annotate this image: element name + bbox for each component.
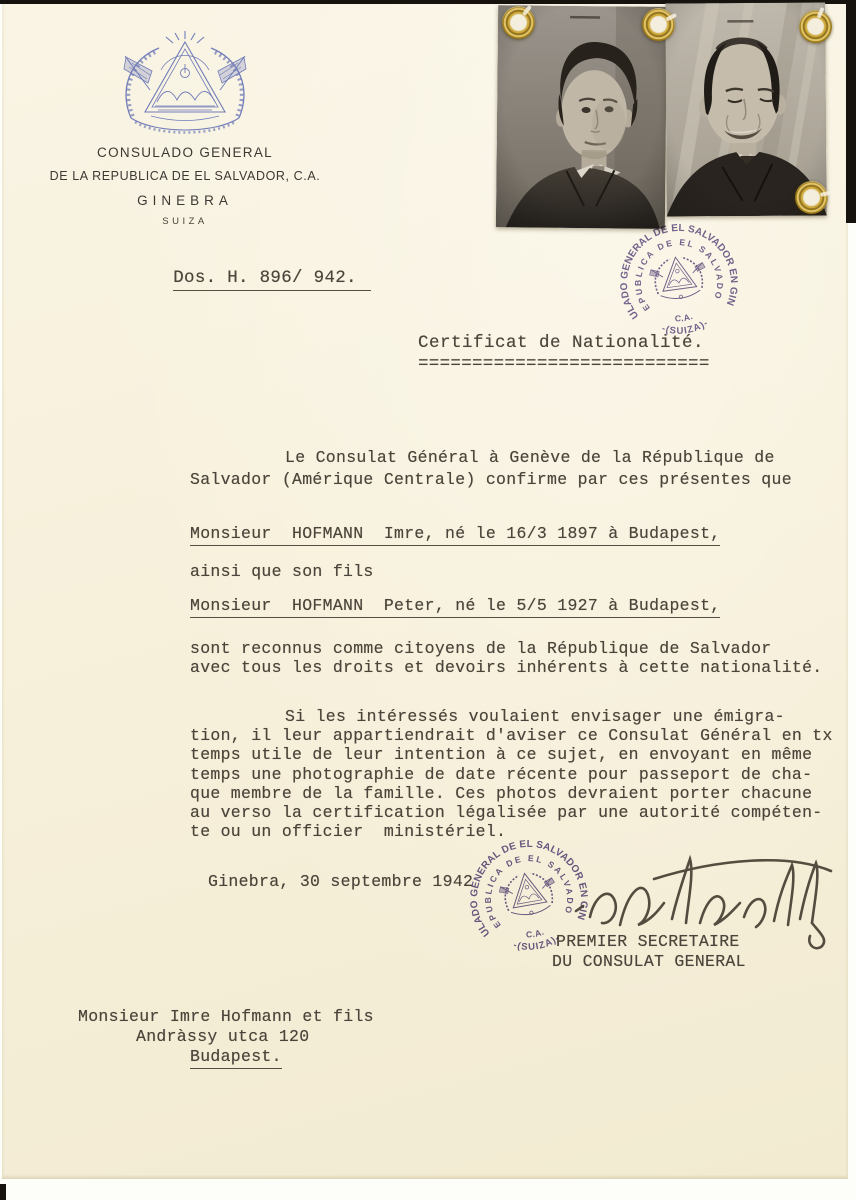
declaration-line: avec tous les droits et devoirs inhérent… (190, 658, 823, 677)
letterhead-org-line1: CONSULADO GENERAL (25, 145, 345, 160)
dateline: Ginebra, 30 septembre 1942 (208, 872, 473, 891)
letterhead-org-line2: DE LA REPUBLICA DE EL SALVADOR, C.A. (25, 169, 345, 183)
conjunction-line: ainsi que son fils (190, 562, 374, 581)
intro-line: Le Consulat Général à Genève de la Répub… (285, 448, 775, 467)
svg-text:CONSULADO GENERAL DE EL SALVAD: CONSULADO GENERAL DE EL SALVADOR EN GINE… (603, 207, 743, 324)
subject-father-line: Monsieur HOFMANN Imre, né le 16/3 1897 à… (190, 524, 720, 543)
intro-line: Salvador (Amérique Centrale) confirme pa… (190, 470, 792, 489)
handwritten-signature (568, 845, 838, 955)
dossier-number: Dos. H. 896/ 942. (130, 250, 371, 310)
certificate-title-rule: =========================== (418, 355, 710, 374)
scan-edge-bottom (0, 1184, 6, 1200)
recipient-city: Budapest. (190, 1047, 282, 1066)
svg-text:C.A.: C.A. (524, 926, 545, 940)
scanned-certificate-document: CONSULADO GENERAL DE LA REPUBLICA DE EL … (0, 0, 856, 1200)
letterhead-city: GINEBRA (25, 193, 345, 208)
declaration-line: sont reconnus comme citoyens de la Répub… (190, 639, 772, 658)
letterhead-country: SUIZA (25, 216, 345, 227)
note-line: te ou un officier ministériel. (190, 822, 506, 841)
letterhead: CONSULADO GENERAL DE LA REPUBLICA DE EL … (25, 145, 345, 227)
svg-text:C.A.: C.A. (673, 311, 694, 325)
subject-son-line: Monsieur HOFMANN Peter, né le 5/5 1927 à… (190, 596, 720, 615)
scan-edge-right (846, 0, 856, 223)
brass-grommet-icon (502, 6, 535, 39)
recipient-street: Andràssy utca 120 (136, 1027, 309, 1046)
note-line: temps une photographie de date récente p… (190, 765, 812, 784)
note-line: au verso la certification légalisée par … (190, 803, 823, 822)
note-line: que membre de la famille. Ces photos dev… (190, 784, 812, 803)
recipient-name: Monsieur Imre Hofmann et fils (78, 1007, 374, 1026)
consulate-round-stamp-upper: CONSULADO GENERAL DE EL SALVADOR EN GINE… (603, 207, 754, 358)
note-line: temps utile de leur intention à ce sujet… (190, 745, 812, 764)
el-salvador-coat-of-arms-icon (105, 26, 265, 148)
note-line: tion, il leur appartiendrait d'aviser ce… (190, 726, 833, 745)
note-line: Si les intéressés voulaient envisager un… (285, 707, 785, 726)
